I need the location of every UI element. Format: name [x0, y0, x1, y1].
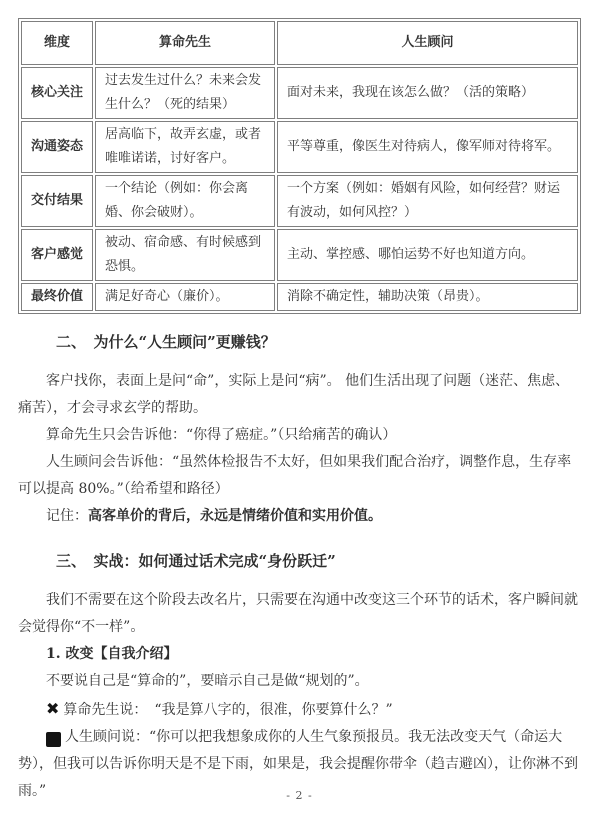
- section-2-heading: 二、 为什么“人生顾问”更赚钱？: [18, 330, 581, 354]
- table-header-row: 维度 算命先生 人生顾问: [21, 21, 578, 65]
- cell-advisor: 一个方案（例如：婚姻有风险，如何经营？财运有波动，如何风控？）: [277, 175, 578, 227]
- section-2-key-point: 记住：高客单价的背后，永远是情绪价值和实用价值。: [18, 503, 581, 530]
- document-body: 二、 为什么“人生顾问”更赚钱？ 客户找你，表面上是问“命”，实际上是问“病”。…: [18, 330, 581, 805]
- row-label: 交付结果: [21, 175, 93, 227]
- section-3-paragraph-1: 我们不需要在这个阶段去改名片，只需要在沟通中改变这三个环节的话术，客户瞬间就会觉…: [18, 587, 581, 641]
- cell-advisor: 面对未来，我现在该怎么做？（活的策略）: [277, 67, 578, 119]
- wrong-example-line: ✖算命先生说： “我是算八字的，很准，你要算什么？”: [18, 695, 581, 724]
- section-2-paragraph-1: 客户找你，表面上是问“命”，实际上是问“病”。 他们生活出现了问题（迷茫、焦虑、…: [18, 368, 581, 422]
- row-label: 最终价值: [21, 283, 93, 311]
- checkbox-checked-icon: ✓: [46, 732, 61, 747]
- cell-fortune: 一个结论（例如：你会离婚、你会破财）。: [95, 175, 275, 227]
- document-page: 维度 算命先生 人生顾问 核心关注 过去发生过什么？未来会发生什么？（死的结果）…: [0, 0, 599, 815]
- x-mark-icon: ✖: [46, 699, 63, 718]
- cell-advisor: 消除不确定性，辅助决策（昂贵）。: [277, 283, 578, 311]
- table-row-communication-posture: 沟通姿态 居高临下，故弄玄虚，或者唯唯诺诺，讨好客户。 平等尊重，像医生对待病人…: [21, 121, 578, 173]
- key-point-bold: 高客单价的背后，永远是情绪价值和实用价值。: [88, 508, 382, 524]
- table-header-dimension: 维度: [21, 21, 93, 65]
- row-label: 核心关注: [21, 67, 93, 119]
- section-3-heading: 三、 实战：如何通过话术完成“身份跃迁”: [18, 549, 581, 573]
- table-row-core-focus: 核心关注 过去发生过什么？未来会发生什么？（死的结果） 面对未来，我现在该怎么做…: [21, 67, 578, 119]
- comparison-table: 维度 算命先生 人生顾问 核心关注 过去发生过什么？未来会发生什么？（死的结果）…: [18, 18, 581, 314]
- section-3-subparagraph: 不要说自己是“算命的”，要暗示自己是做“规划的”。: [18, 668, 581, 695]
- table-header-fortune-teller: 算命先生: [95, 21, 275, 65]
- section-2-paragraph-2: 算命先生只会告诉他：“你得了癌症。”（只给痛苦的确认）: [18, 422, 581, 449]
- table-header-life-advisor: 人生顾问: [277, 21, 578, 65]
- cell-fortune: 满足好奇心（廉价）。: [95, 283, 275, 311]
- table-row-client-feeling: 客户感觉 被动、宿命感、有时候感到恐惧。 主动、掌控感、哪怕运势不好也知道方向。: [21, 229, 578, 281]
- row-label: 客户感觉: [21, 229, 93, 281]
- row-label: 沟通姿态: [21, 121, 93, 173]
- key-point-prefix: 记住：: [46, 508, 88, 524]
- page-number: - 2 -: [0, 789, 599, 802]
- section-2-paragraph-3: 人生顾问会告诉他：“虽然体检报告不太好，但如果我们配合治疗，调整作息，生存率可以…: [18, 449, 581, 503]
- cell-advisor: 主动、掌控感、哪怕运势不好也知道方向。: [277, 229, 578, 281]
- cell-fortune: 被动、宿命感、有时候感到恐惧。: [95, 229, 275, 281]
- table-row-final-value: 最终价值 满足好奇心（廉价）。 消除不确定性，辅助决策（昂贵）。: [21, 283, 578, 311]
- section-3-subheading-1: 1. 改变【自我介绍】: [18, 641, 581, 668]
- cell-fortune: 过去发生过什么？未来会发生什么？（死的结果）: [95, 67, 275, 119]
- wrong-example-text: 算命先生说： “我是算八字的，很准，你要算什么？”: [63, 702, 392, 718]
- table-row-deliverable: 交付结果 一个结论（例如：你会离婚、你会破财）。 一个方案（例如：婚姻有风险，如…: [21, 175, 578, 227]
- cell-fortune: 居高临下，故弄玄虚，或者唯唯诺诺，讨好客户。: [95, 121, 275, 173]
- cell-advisor: 平等尊重，像医生对待病人，像军师对待将军。: [277, 121, 578, 173]
